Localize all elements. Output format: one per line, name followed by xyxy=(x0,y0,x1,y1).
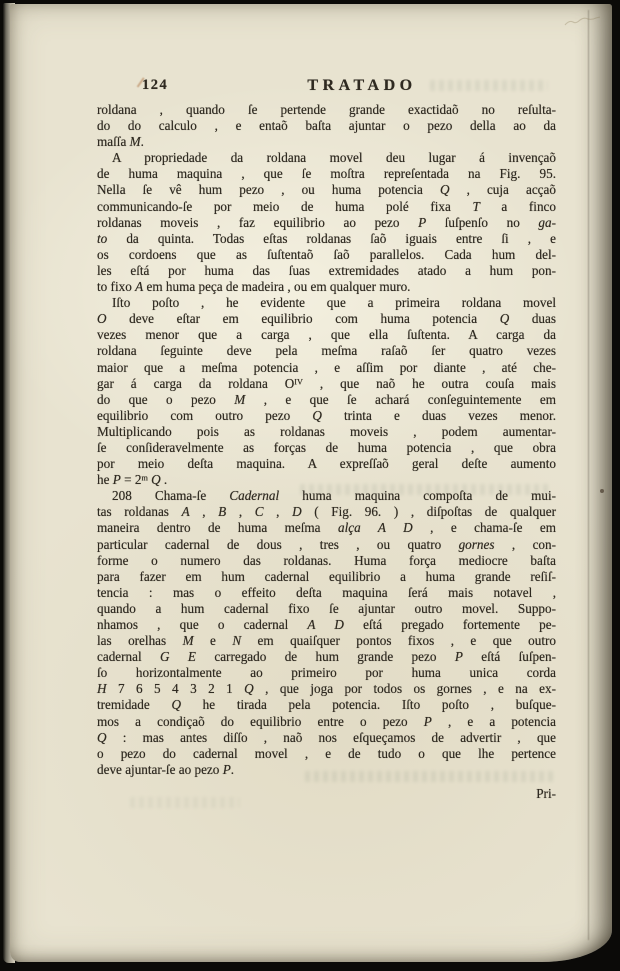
text-line: do que o pezo M , e que ſe achará conſeg… xyxy=(97,392,556,408)
text-line: Nella ſe vê hum pezo , ou huma potencia … xyxy=(97,182,556,198)
ink-speck xyxy=(600,489,604,493)
text-line: Q : mas antes diſſo , naõ nos eſqueçamos… xyxy=(97,730,556,746)
text-line: maneira dentro de huma meſma alça A D , … xyxy=(97,520,556,536)
text-line: to da quinta. Todas eſtas roldanas ſaõ i… xyxy=(97,231,556,247)
paragraph: A propriedade da roldana movel deu lugar… xyxy=(97,150,556,295)
paragraph: roldana , quando ſe pertende grande exac… xyxy=(97,102,556,150)
text-line: vezes menor que a carga , que ella ſuſte… xyxy=(97,327,556,343)
text-line: roldana ſeguinte deve pela meſma raſaõ ſ… xyxy=(97,343,556,359)
text-line: de huma maquina , que ſe moſtra repreſen… xyxy=(97,166,556,182)
text-line: cadernal G E carregado de hum grande pez… xyxy=(97,649,556,665)
text-line: do do calculo , e entaõ baſta ajuntar o … xyxy=(97,118,556,134)
text-line: communicando-ſe por meio de huma polé fi… xyxy=(97,199,556,215)
text-line: equilibrio com outro pezo Q trinta e dua… xyxy=(97,408,556,424)
paragraph: 208 Chama-ſe Cadernal huma maquina compo… xyxy=(97,488,556,778)
catchword: Pri- xyxy=(97,786,556,802)
text-line: A propriedade da roldana movel deu lugar… xyxy=(97,150,556,166)
text-line: to fixo A em huma peça de madeira , ou e… xyxy=(97,279,556,295)
faint-handwriting-mark xyxy=(563,16,601,28)
text-line: para fazer em hum cadernal equilibrio a … xyxy=(97,569,556,585)
text-line: roldanas moveis , faz equilibrio ao pezo… xyxy=(97,215,556,231)
text-line: 208 Chama-ſe Cadernal huma maquina compo… xyxy=(97,488,556,504)
text-line: o pezo do cadernal movel , e de tudo o q… xyxy=(97,746,556,762)
text-line: quando a hum cadernal fixo ſe ajuntar ou… xyxy=(97,601,556,617)
text-line: maior que a meſma potencia , e aſſim por… xyxy=(97,360,556,376)
running-title: TRATADO xyxy=(307,77,416,95)
text-line: las orelhas M e N em quaiſquer pontos fi… xyxy=(97,633,556,649)
text-line: ſe conſideravelmente as forças de huma p… xyxy=(97,440,556,456)
text-line: roldana , quando ſe pertende grande exac… xyxy=(97,102,556,118)
page-edge-line xyxy=(588,10,589,940)
text-line: Iſto poſto , he evidente que a primeira … xyxy=(97,295,556,311)
text-line: os cordoens que as ſuſtentaõ ſaõ paralle… xyxy=(97,247,556,263)
text-line: les eſtá por huma das ſuas extremidades … xyxy=(97,263,556,279)
book-page-scan: 124 TRATADO roldana , quando ſe pertende… xyxy=(0,0,620,971)
text-line: he P = 2m Q . xyxy=(97,472,556,488)
text-line: maſſa M. xyxy=(97,134,556,150)
text-line: ſo horizontalmente ao primeiro por huma … xyxy=(97,665,556,681)
paragraph: Iſto poſto , he evidente que a primeira … xyxy=(97,295,556,488)
text-line: forme o numero das roldanas. Huma força … xyxy=(97,553,556,569)
text-line: tremidade Q he tirada pela potencia. Iſt… xyxy=(97,697,556,713)
verso-bleed-through xyxy=(430,80,548,91)
text-line: deve ajuntar-ſe ao pezo P. xyxy=(97,762,556,778)
text-line: O deve eſtar em equilibrio com huma pote… xyxy=(97,311,556,327)
text-line: tencia : mas o effeito deſta maquina ſer… xyxy=(97,585,556,601)
text-line: nhamos , que o cadernal A D eſtá pregado… xyxy=(97,617,556,633)
text-line: Multiplicando pois as roldanas moveis , … xyxy=(97,424,556,440)
text-line: particular cadernal de dous , tres , ou … xyxy=(97,537,556,553)
text-line: tas roldanas A , B , C , D ( Fig. 96. ) … xyxy=(97,504,556,520)
page-number: 124 xyxy=(142,77,168,94)
text-line: por meio deſta maquina. A expreſſaõ gera… xyxy=(97,456,556,472)
text-line: gar á carga da roldana OIV , que naõ he … xyxy=(97,376,556,392)
text-line: mos a condiçaõ do equilibrio entre o pez… xyxy=(97,714,556,730)
text-line: H 7 6 5 4 3 2 1 Q , que joga por todos o… xyxy=(97,681,556,697)
text-block: roldana , quando ſe pertende grande exac… xyxy=(97,102,556,778)
